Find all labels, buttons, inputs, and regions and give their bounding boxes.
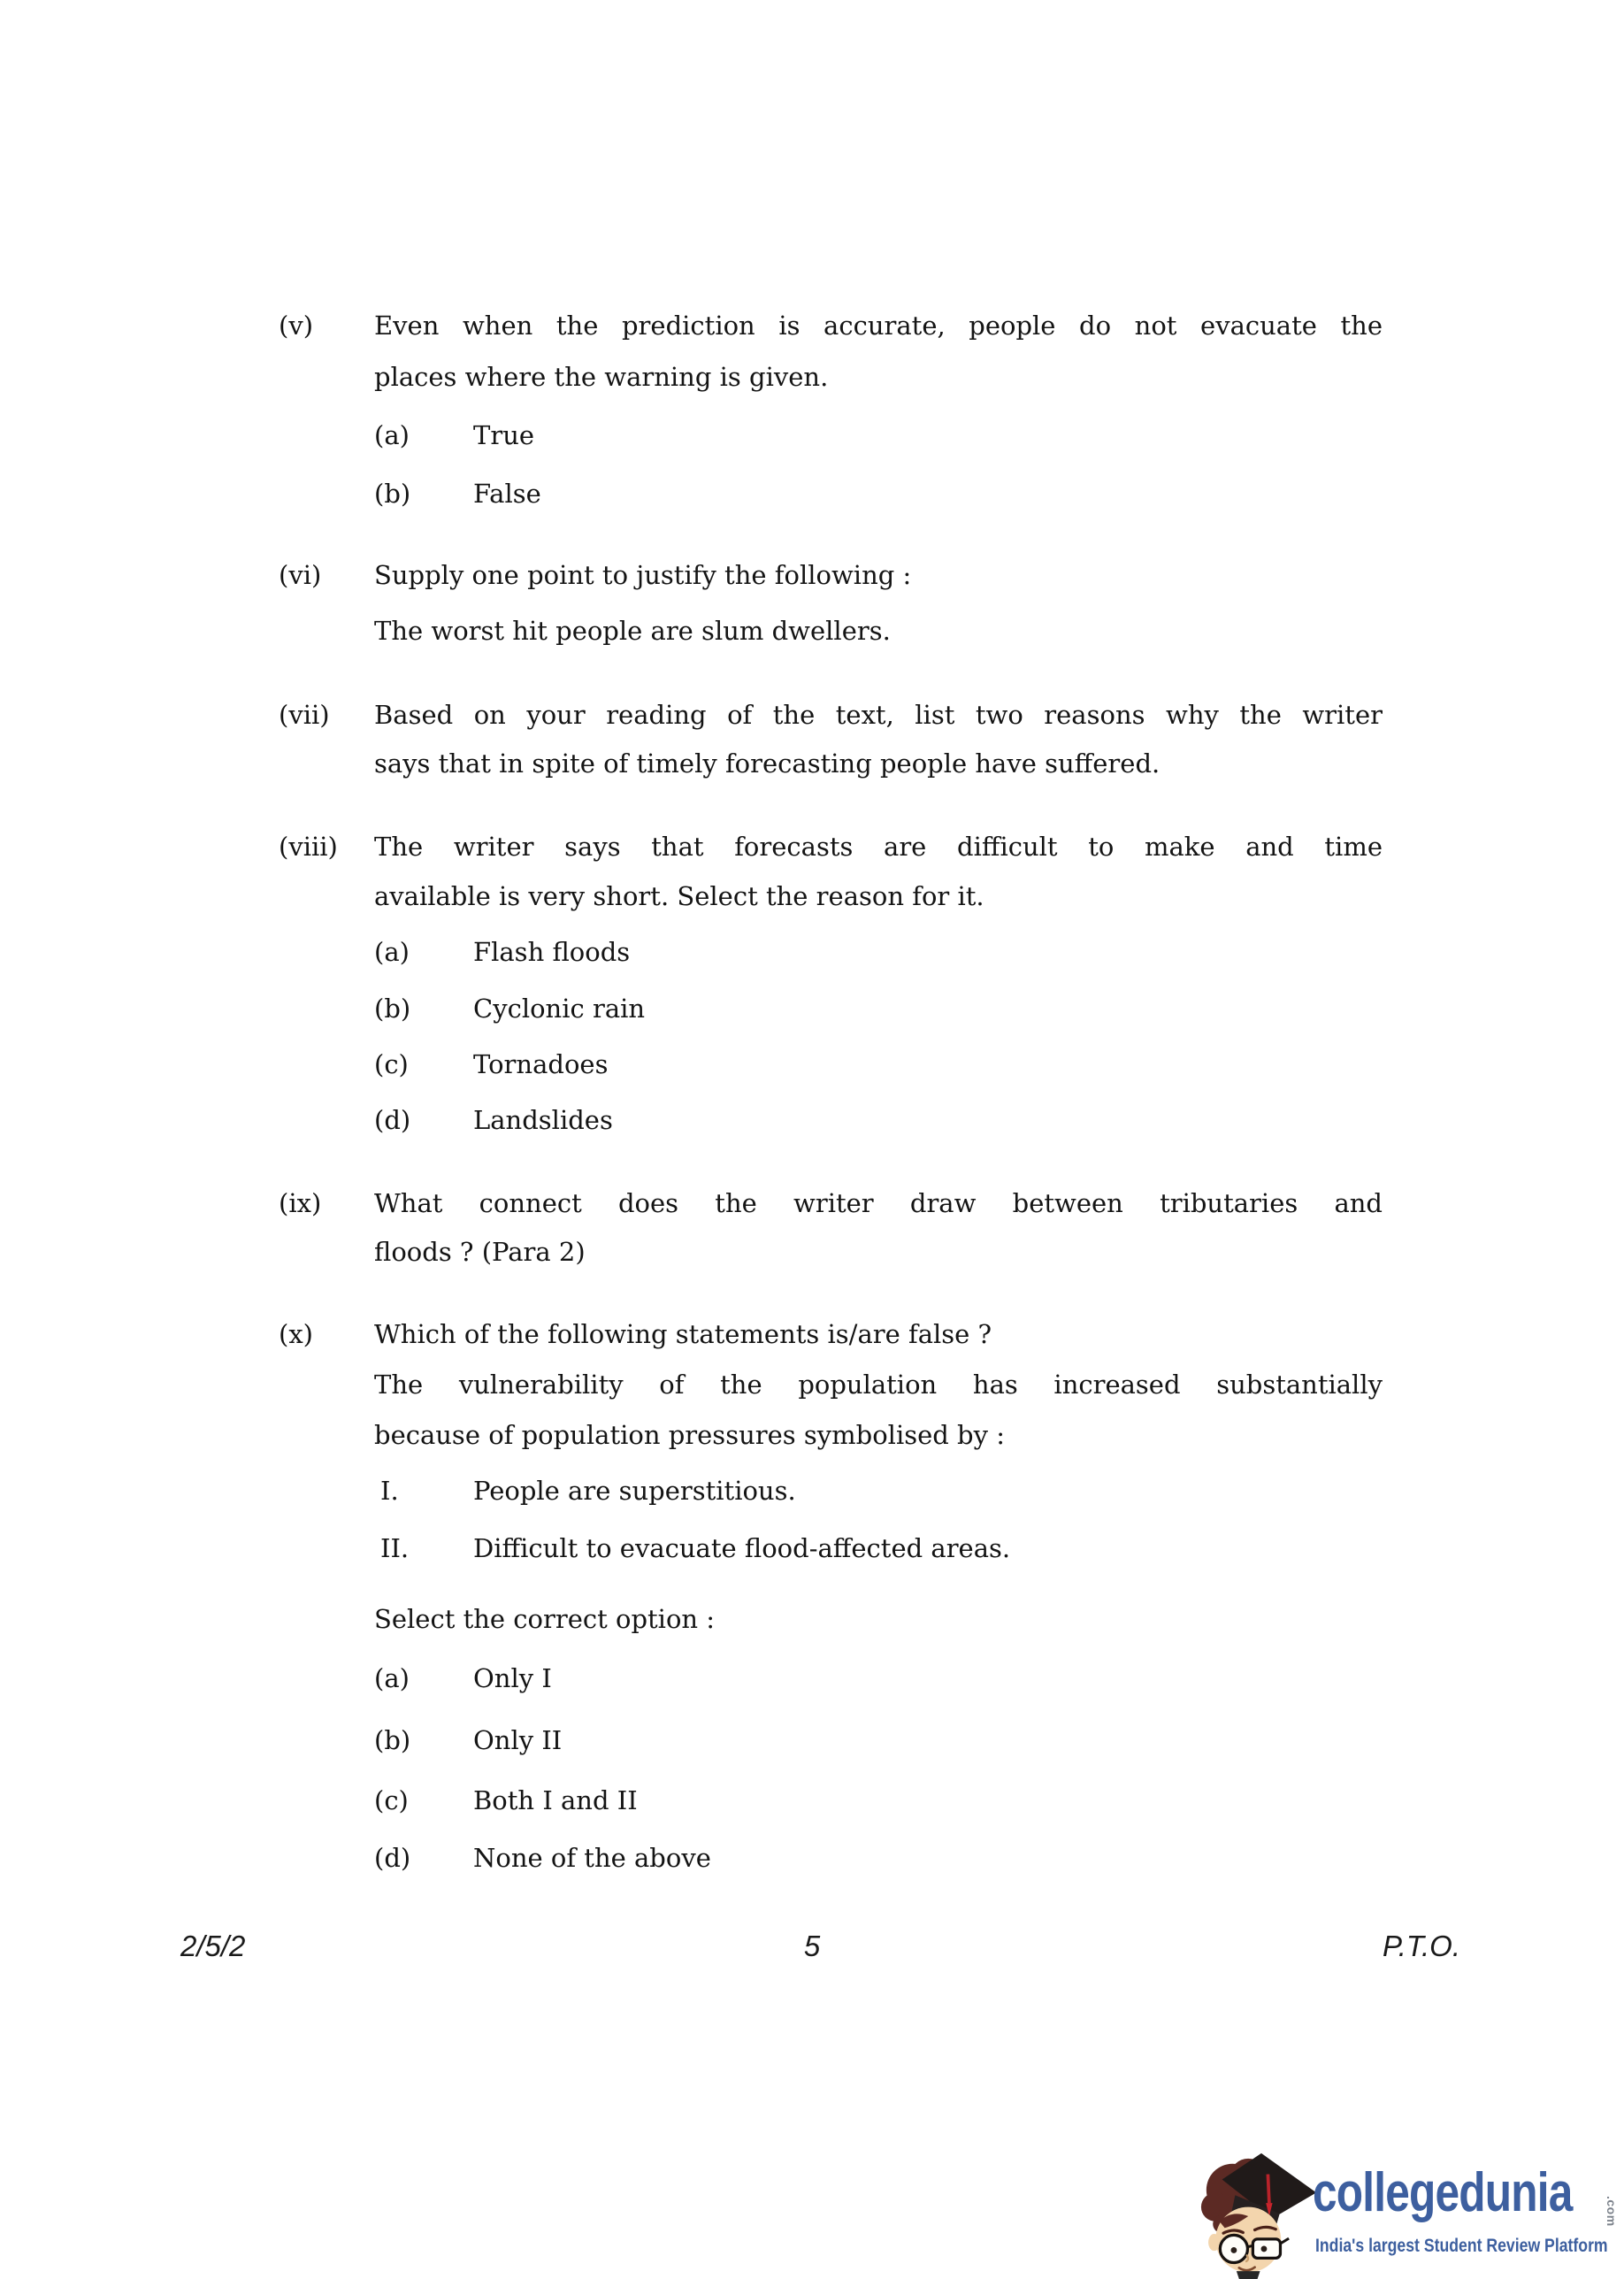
option-text: True — [473, 416, 534, 455]
question-ix-line-2: floods ? (Para 2) — [374, 1232, 1383, 1271]
option-marker: (a) — [374, 1659, 473, 1698]
question-viii-option-b: (b) Cyclonic rain — [374, 989, 1383, 1028]
statement-text: People are superstitious. — [473, 1471, 796, 1510]
question-x-number: (x) — [279, 1315, 313, 1354]
question-vi-number: (vi) — [279, 556, 321, 595]
question-ix-number: (ix) — [279, 1184, 321, 1223]
question-ix-line-1: What connect does the writer draw betwee… — [374, 1184, 1383, 1223]
question-v-option-a: (a) True — [374, 416, 1383, 455]
question-x-statement-2: II. Difficult to evacuate flood-affected… — [380, 1529, 1389, 1568]
option-marker: (c) — [374, 1045, 473, 1084]
question-x-line-2: The vulnerability of the population has … — [374, 1365, 1383, 1404]
option-text: Both I and II — [473, 1781, 638, 1820]
option-text: Landslides — [473, 1101, 613, 1139]
option-marker: (a) — [374, 416, 473, 455]
question-viii-line-2: available is very short. Select the reas… — [374, 877, 1383, 916]
question-x-option-a: (a) Only I — [374, 1659, 1383, 1698]
question-v-line-1: Even when the prediction is accurate, pe… — [374, 306, 1383, 345]
statement-marker: II. — [380, 1529, 473, 1568]
question-vii-number: (vii) — [279, 695, 330, 734]
question-viii-option-a: (a) Flash floods — [374, 932, 1383, 971]
question-viii-option-c: (c) Tornadoes — [374, 1045, 1383, 1084]
question-x-select-prompt: Select the correct option : — [374, 1600, 1383, 1638]
question-v-line-2: places where the warning is given. — [374, 357, 1383, 396]
footer-page-number: 5 — [0, 1927, 1624, 1966]
collegedunia-mascot — [1194, 2148, 1329, 2279]
exam-paper-page: (v) Even when the prediction is accurate… — [0, 0, 1624, 2279]
option-text: None of the above — [473, 1838, 711, 1877]
option-marker: (b) — [374, 474, 473, 513]
question-x-line-1: Which of the following statements is/are… — [374, 1315, 1383, 1354]
collegedunia-tagline: India's largest Student Review Platform — [1315, 2235, 1608, 2258]
option-marker: (b) — [374, 989, 473, 1028]
option-marker: (c) — [374, 1781, 473, 1820]
option-text: Only I — [473, 1659, 552, 1698]
question-x-option-d: (d) None of the above — [374, 1838, 1383, 1877]
question-viii-option-d: (d) Landslides — [374, 1101, 1383, 1139]
question-v-number: (v) — [279, 306, 313, 345]
footer-pto: P.T.O. — [1383, 1927, 1460, 1966]
option-marker: (b) — [374, 1721, 473, 1760]
option-marker: (d) — [374, 1101, 473, 1139]
question-vi-line-1: Supply one point to justify the followin… — [374, 556, 1383, 595]
question-x-option-b: (b) Only II — [374, 1721, 1383, 1760]
option-text: Cyclonic rain — [473, 989, 645, 1028]
question-vi-line-2: The worst hit people are slum dwellers. — [374, 611, 1383, 650]
collegedunia-tld: .com — [1605, 2196, 1619, 2227]
option-text: Only II — [473, 1721, 562, 1760]
question-vii-line-1: Based on your reading of the text, list … — [374, 695, 1383, 734]
option-marker: (a) — [374, 932, 473, 971]
statement-text: Difficult to evacuate flood-affected are… — [473, 1529, 1010, 1568]
question-viii-line-1: The writer says that forecasts are diffi… — [374, 827, 1383, 866]
question-viii-number: (viii) — [279, 827, 338, 866]
option-text: Tornadoes — [473, 1045, 608, 1084]
question-x-statement-1: I. People are superstitious. — [380, 1471, 1389, 1510]
question-x-line-3: because of population pressures symbolis… — [374, 1416, 1383, 1454]
statement-marker: I. — [380, 1471, 473, 1510]
option-text: Flash floods — [473, 932, 630, 971]
question-v-option-b: (b) False — [374, 474, 1383, 513]
option-marker: (d) — [374, 1838, 473, 1877]
collegedunia-wordmark: collegedunia — [1313, 2166, 1573, 2221]
question-x-option-c: (c) Both I and II — [374, 1781, 1383, 1820]
option-text: False — [473, 474, 541, 513]
question-vii-line-2: says that in spite of timely forecasting… — [374, 744, 1383, 783]
